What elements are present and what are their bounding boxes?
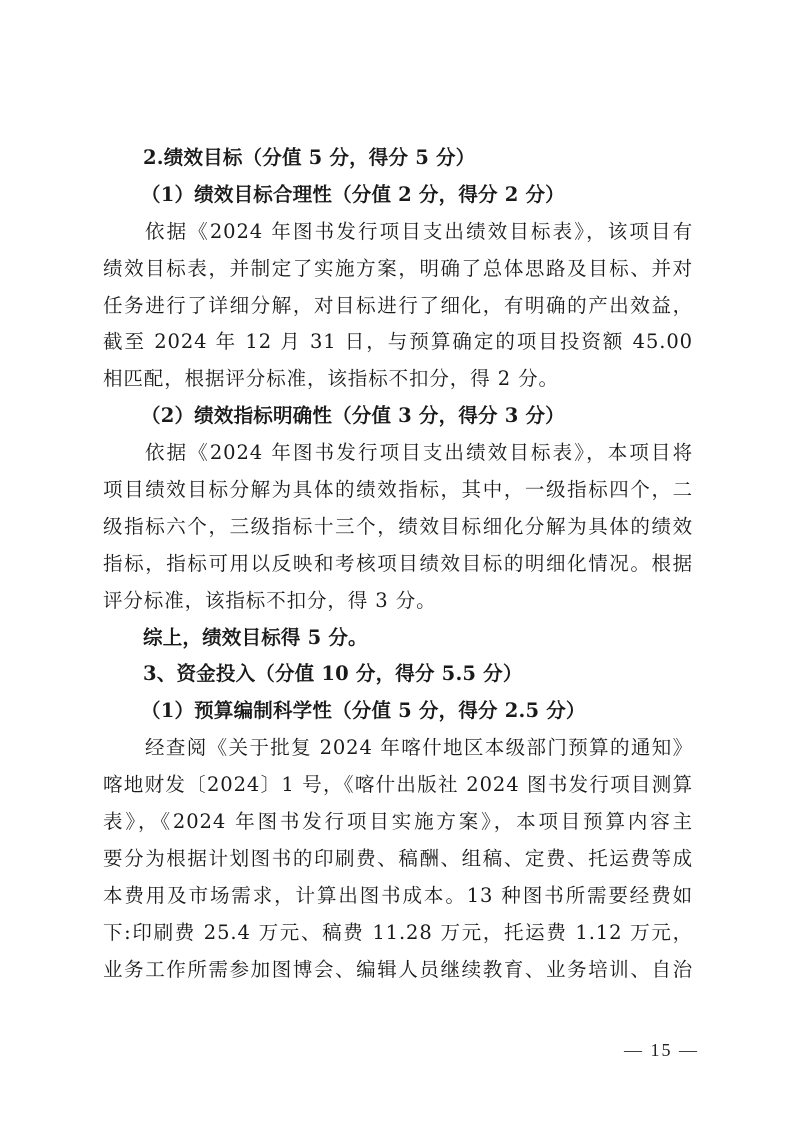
paragraph-line: 指标，指标可用以反映和考核项目绩效目标的明细化情况。根据 [103, 546, 693, 583]
paragraph-line: 业务工作所需参加图博会、编辑人员继续教育、业务培训、自治 [103, 952, 693, 989]
subsection-heading-goal-reasonableness: （1）绩效目标合理性（分值 2 分，得分 2 分） [103, 177, 693, 214]
subsection-heading-indicator-clarity: （2）绩效指标明确性（分值 3 分，得分 3 分） [103, 398, 693, 435]
paragraph-line: 绩效目标表，并制定了实施方案，明确了总体思路及目标、并对 [103, 251, 693, 288]
document-page: 2.绩效目标（分值 5 分，得分 5 分） （1）绩效目标合理性（分值 2 分，… [103, 140, 693, 988]
paragraph-line: 级指标六个，三级指标十三个，绩效目标细化分解为具体的绩效 [103, 509, 693, 546]
paragraph-line: 项目绩效目标分解为具体的绩效指标，其中，一级指标四个，二 [103, 472, 693, 509]
subsection-heading-budget-scientific: （1）预算编制科学性（分值 5 分，得分 2.5 分） [103, 693, 693, 730]
paragraph-line: 喀地财发〔2024〕1 号，《喀什出版社 2024 图书发行项目测算 [103, 767, 693, 804]
paragraph-line: 要分为根据计划图书的印刷费、稿酬、组稿、定费、托运费等成 [103, 841, 693, 878]
paragraph-line: 相匹配，根据评分标准，该指标不扣分，得 2 分。 [103, 361, 693, 398]
paragraph-line: 本费用及市场需求，计算出图书成本。13 种图书所需要经费如 [103, 878, 693, 915]
section-heading-funding-input: 3、资金投入（分值 10 分，得分 5.5 分） [103, 656, 693, 693]
section-heading-performance-goals: 2.绩效目标（分值 5 分，得分 5 分） [103, 140, 693, 177]
paragraph-line: 任务进行了详细分解，对目标进行了细化，有明确的产出效益， [103, 288, 693, 325]
page-number: — 15 — [624, 1040, 699, 1061]
paragraph-line: 经查阅《关于批复 2024 年喀什地区本级部门预算的通知》 [103, 730, 693, 767]
paragraph-line: 评分标准，该指标不扣分，得 3 分。 [103, 583, 693, 620]
paragraph-line: 表》，《2024 年图书发行项目实施方案》，本项目预算内容主 [103, 804, 693, 841]
paragraph-line: 下:印刷费 25.4 万元、稿费 11.28 万元，托运费 1.12 万元，相关 [103, 915, 693, 952]
summary-line-performance-goals: 综上，绩效目标得 5 分。 [103, 620, 693, 657]
paragraph-line: 依据《2024 年图书发行项目支出绩效目标表》，本项目将 [103, 435, 693, 472]
paragraph-line: 截至 2024 年 12 月 31 日，与预算确定的项目投资额 45.00 万元 [103, 324, 693, 361]
paragraph-line: 依据《2024 年图书发行项目支出绩效目标表》，该项目有 [103, 214, 693, 251]
